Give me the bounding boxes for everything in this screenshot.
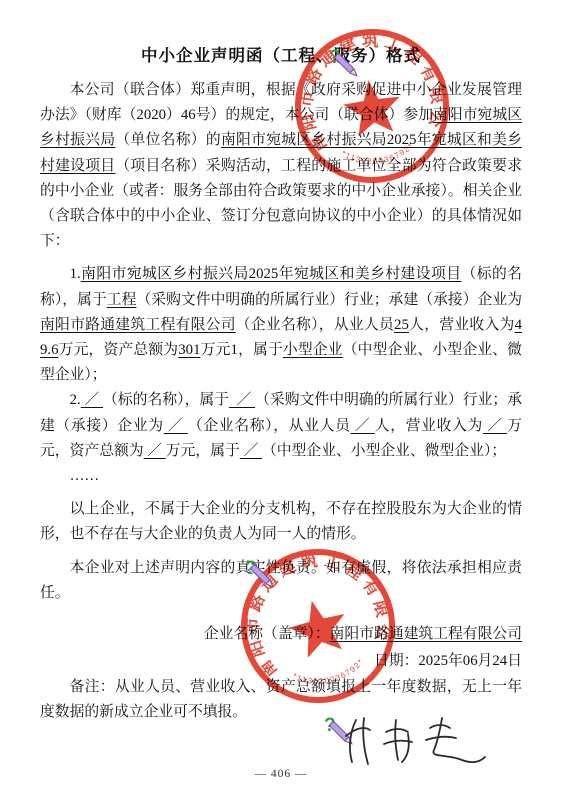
text-run: 万元1，属于 [200, 342, 282, 358]
declaration-text: 本公司（联合体）郑重声明，根据《政府采购促进中小企业发展管理办法》（财库（202… [40, 78, 522, 606]
company-seal-label: 企业名称（盖章）： [204, 626, 330, 642]
text-run: 人，营业收入为 [375, 418, 483, 434]
text-run: （单位名称）的 [115, 132, 221, 148]
text-run: ／ [351, 418, 375, 434]
paragraph-item-1: 1.南阳市宛城区乡村振兴局2025年宛城区和美乡村建设项目（标的名称），属于工程… [40, 262, 522, 388]
document-body: 中小企业声明函（工程、服务）格式 本公司（联合体）郑重声明，根据《政府采购促进中… [40, 44, 522, 606]
text-run: ／ [240, 443, 262, 459]
paragraph-ellipsis: …… [40, 464, 522, 489]
text-run: 2. [70, 392, 81, 408]
text-run: ／ [483, 418, 507, 434]
text-run: （企业名称），从业人员 [188, 418, 351, 434]
text-run: （企业名称），从业人员 [236, 317, 394, 333]
paragraph-declaration-intro: 本公司（联合体）郑重声明，根据《政府采购促进中小企业发展管理办法》（财库（202… [40, 78, 522, 254]
company-name-line: 企业名称（盖章）：南阳市路通建筑工程有限公司 [204, 621, 522, 648]
text-run: 万元，属于 [166, 443, 240, 459]
signature-block: 企业名称（盖章）：南阳市路通建筑工程有限公司 日期：2025年06月24日 [204, 621, 522, 674]
text-run: 25 [394, 317, 409, 333]
text-run: ／ [81, 392, 103, 408]
text-run: （中型企业、小型企业、微型企业）； [262, 443, 506, 459]
date-line: 日期：2025年06月24日 [204, 648, 522, 675]
paragraph-truthfulness: 本企业对上述声明内容的真实性负责。如有虚假，将依法承担相应责任。 [40, 556, 522, 606]
document-title: 中小企业声明函（工程、服务）格式 [40, 44, 522, 68]
text-run: 人，营业收入为 [409, 317, 515, 333]
text-run: （标的名称），属于 [103, 392, 229, 408]
text-run: 工程 [107, 292, 137, 308]
text-run: （采购文件中明确的所属行业）行业；承建（承接）企业为 [136, 292, 522, 308]
text-run: ／ [144, 443, 166, 459]
text-run: 万元，资产总额为 [59, 342, 179, 358]
handwritten-signature [338, 710, 490, 770]
paragraph-item-2: 2. ／ （标的名称），属于 ／ （采购文件中明确的所属行业）行业；承建（承接）… [40, 388, 522, 464]
text-run: ／ [164, 418, 188, 434]
text-run: 南阳市路通建筑工程有限公司 [40, 317, 236, 333]
paragraph-no-large-enterprise: 以上企业，不属于大企业的分支机构，不存在控股股东为大企业的情形，也不存在与大企业… [40, 497, 522, 547]
text-run: 1. [70, 266, 81, 282]
text-run: 小型企业 [283, 342, 343, 358]
text-run: 南阳市宛城区乡村振兴局2025年宛城区和美乡村建设项目 [81, 266, 462, 282]
text-run: 301 [178, 342, 200, 358]
company-name-value: 南阳市路通建筑工程有限公司 [330, 626, 522, 642]
declaration-document-page: 中小企业声明函（工程、服务）格式 本公司（联合体）郑重声明，根据《政府采购促进中… [0, 0, 562, 789]
text-run: ／ [229, 392, 255, 408]
